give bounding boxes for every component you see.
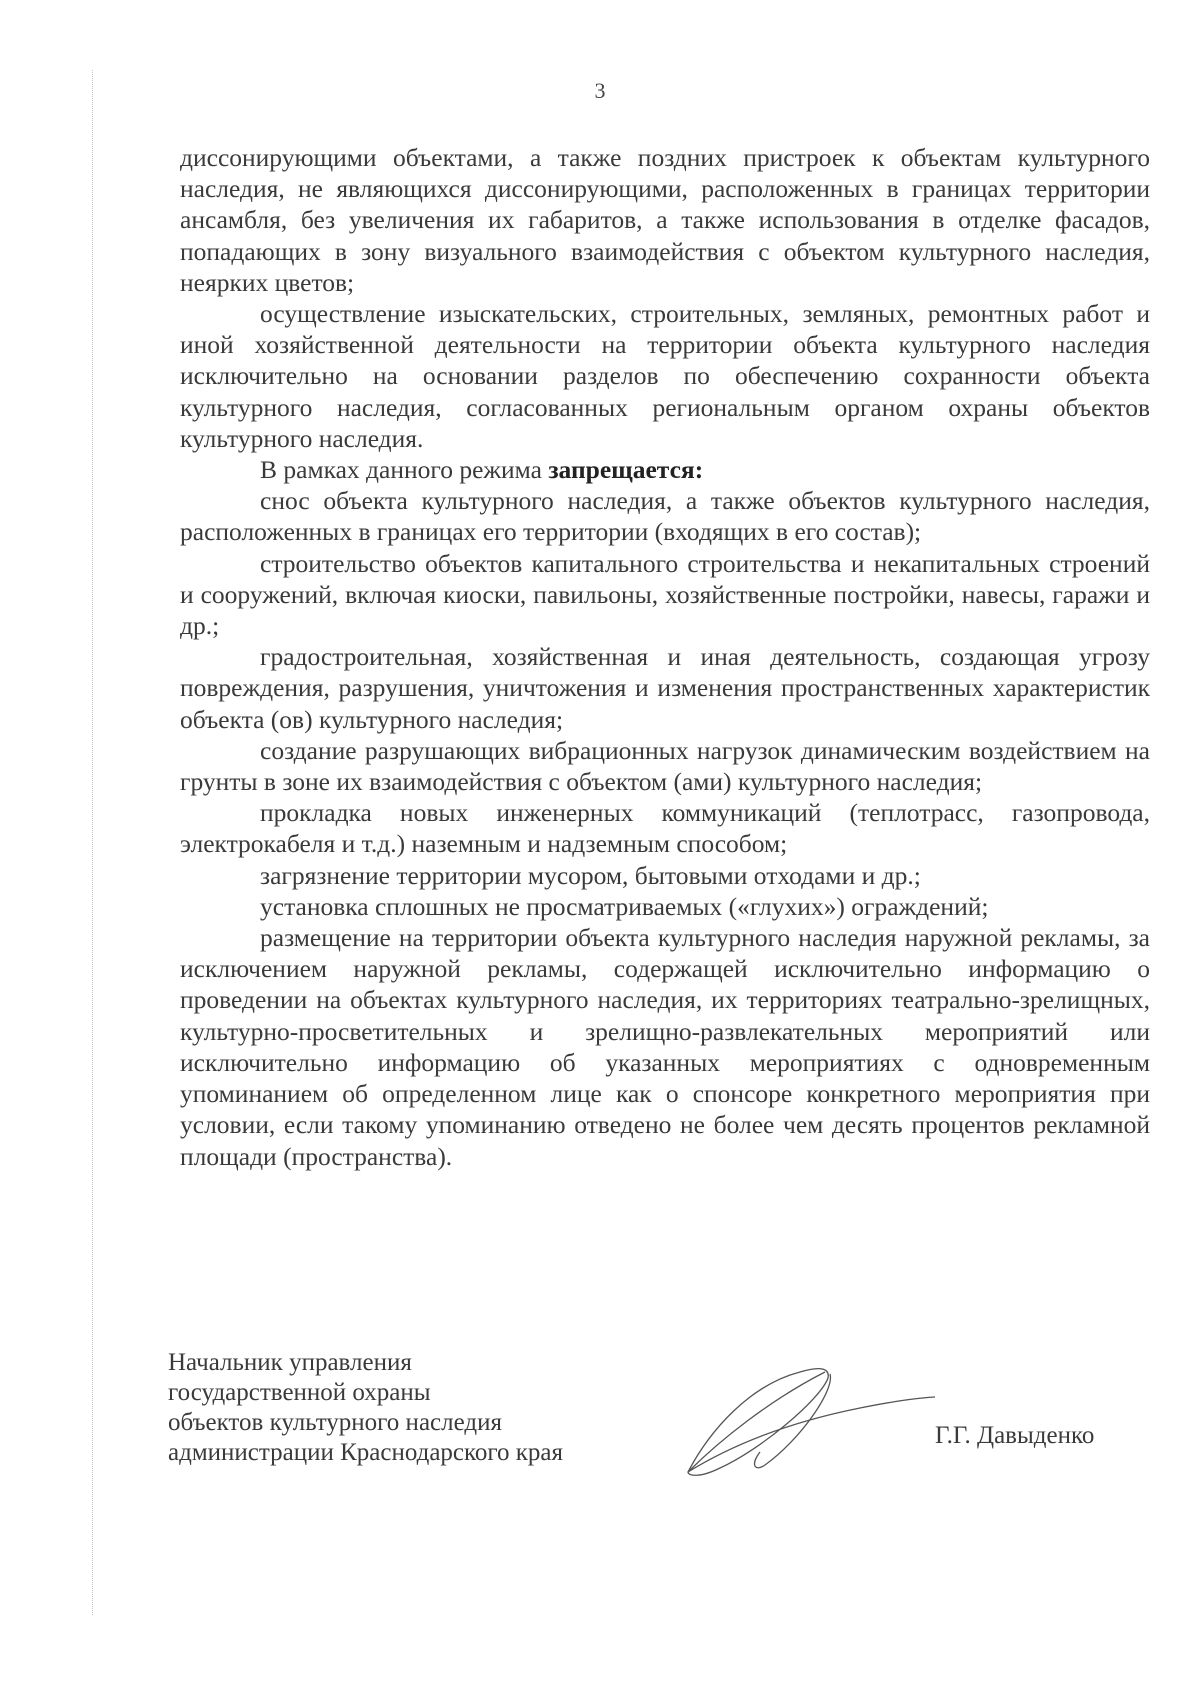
- prohibition-item-utilities: прокладка новых инженерных коммуникаций …: [180, 797, 1150, 859]
- prohibition-item-fences: установка сплошных не просматриваемых («…: [180, 891, 1150, 922]
- signatory-position: Начальник управления государственной охр…: [168, 1348, 563, 1468]
- prohibition-item-vibration: создание разрушающих вибрационных нагруз…: [180, 735, 1150, 797]
- position-line: государственной охраны: [168, 1378, 563, 1408]
- signer-name: Г.Г. Давыденко: [935, 1422, 1094, 1450]
- position-line: Начальник управления: [168, 1348, 563, 1378]
- document-body: диссонирующими объектами, а также поздни…: [180, 142, 1150, 1172]
- handwritten-signature-icon: [680, 1360, 940, 1485]
- prohibited-lead-text: В рамках данного режима: [260, 455, 548, 484]
- scan-margin-line: [92, 70, 93, 1615]
- prohibited-emphasis: запрещается:: [548, 455, 703, 484]
- prohibition-item-demolition: снос объекта культурного наследия, а так…: [180, 485, 1150, 547]
- prohibition-item-construction: строительство объектов капитального стро…: [180, 548, 1150, 642]
- position-line: объектов культурного наследия: [168, 1408, 563, 1438]
- prohibition-item-pollution: загрязнение территории мусором, бытовыми…: [180, 860, 1150, 891]
- paragraph-prohibited-heading: В рамках данного режима запрещается:: [180, 454, 1150, 485]
- prohibition-item-urban-activity: градостроительная, хозяйственная и иная …: [180, 641, 1150, 735]
- paragraph-continuation: диссонирующими объектами, а также поздни…: [180, 142, 1150, 298]
- paragraph-works-on-territory: осуществление изыскательских, строительн…: [180, 298, 1150, 454]
- page-number: 3: [0, 78, 1200, 104]
- prohibition-item-advertising: размещение на территории объекта культур…: [180, 922, 1150, 1172]
- position-line: администрации Краснодарского края: [168, 1438, 563, 1468]
